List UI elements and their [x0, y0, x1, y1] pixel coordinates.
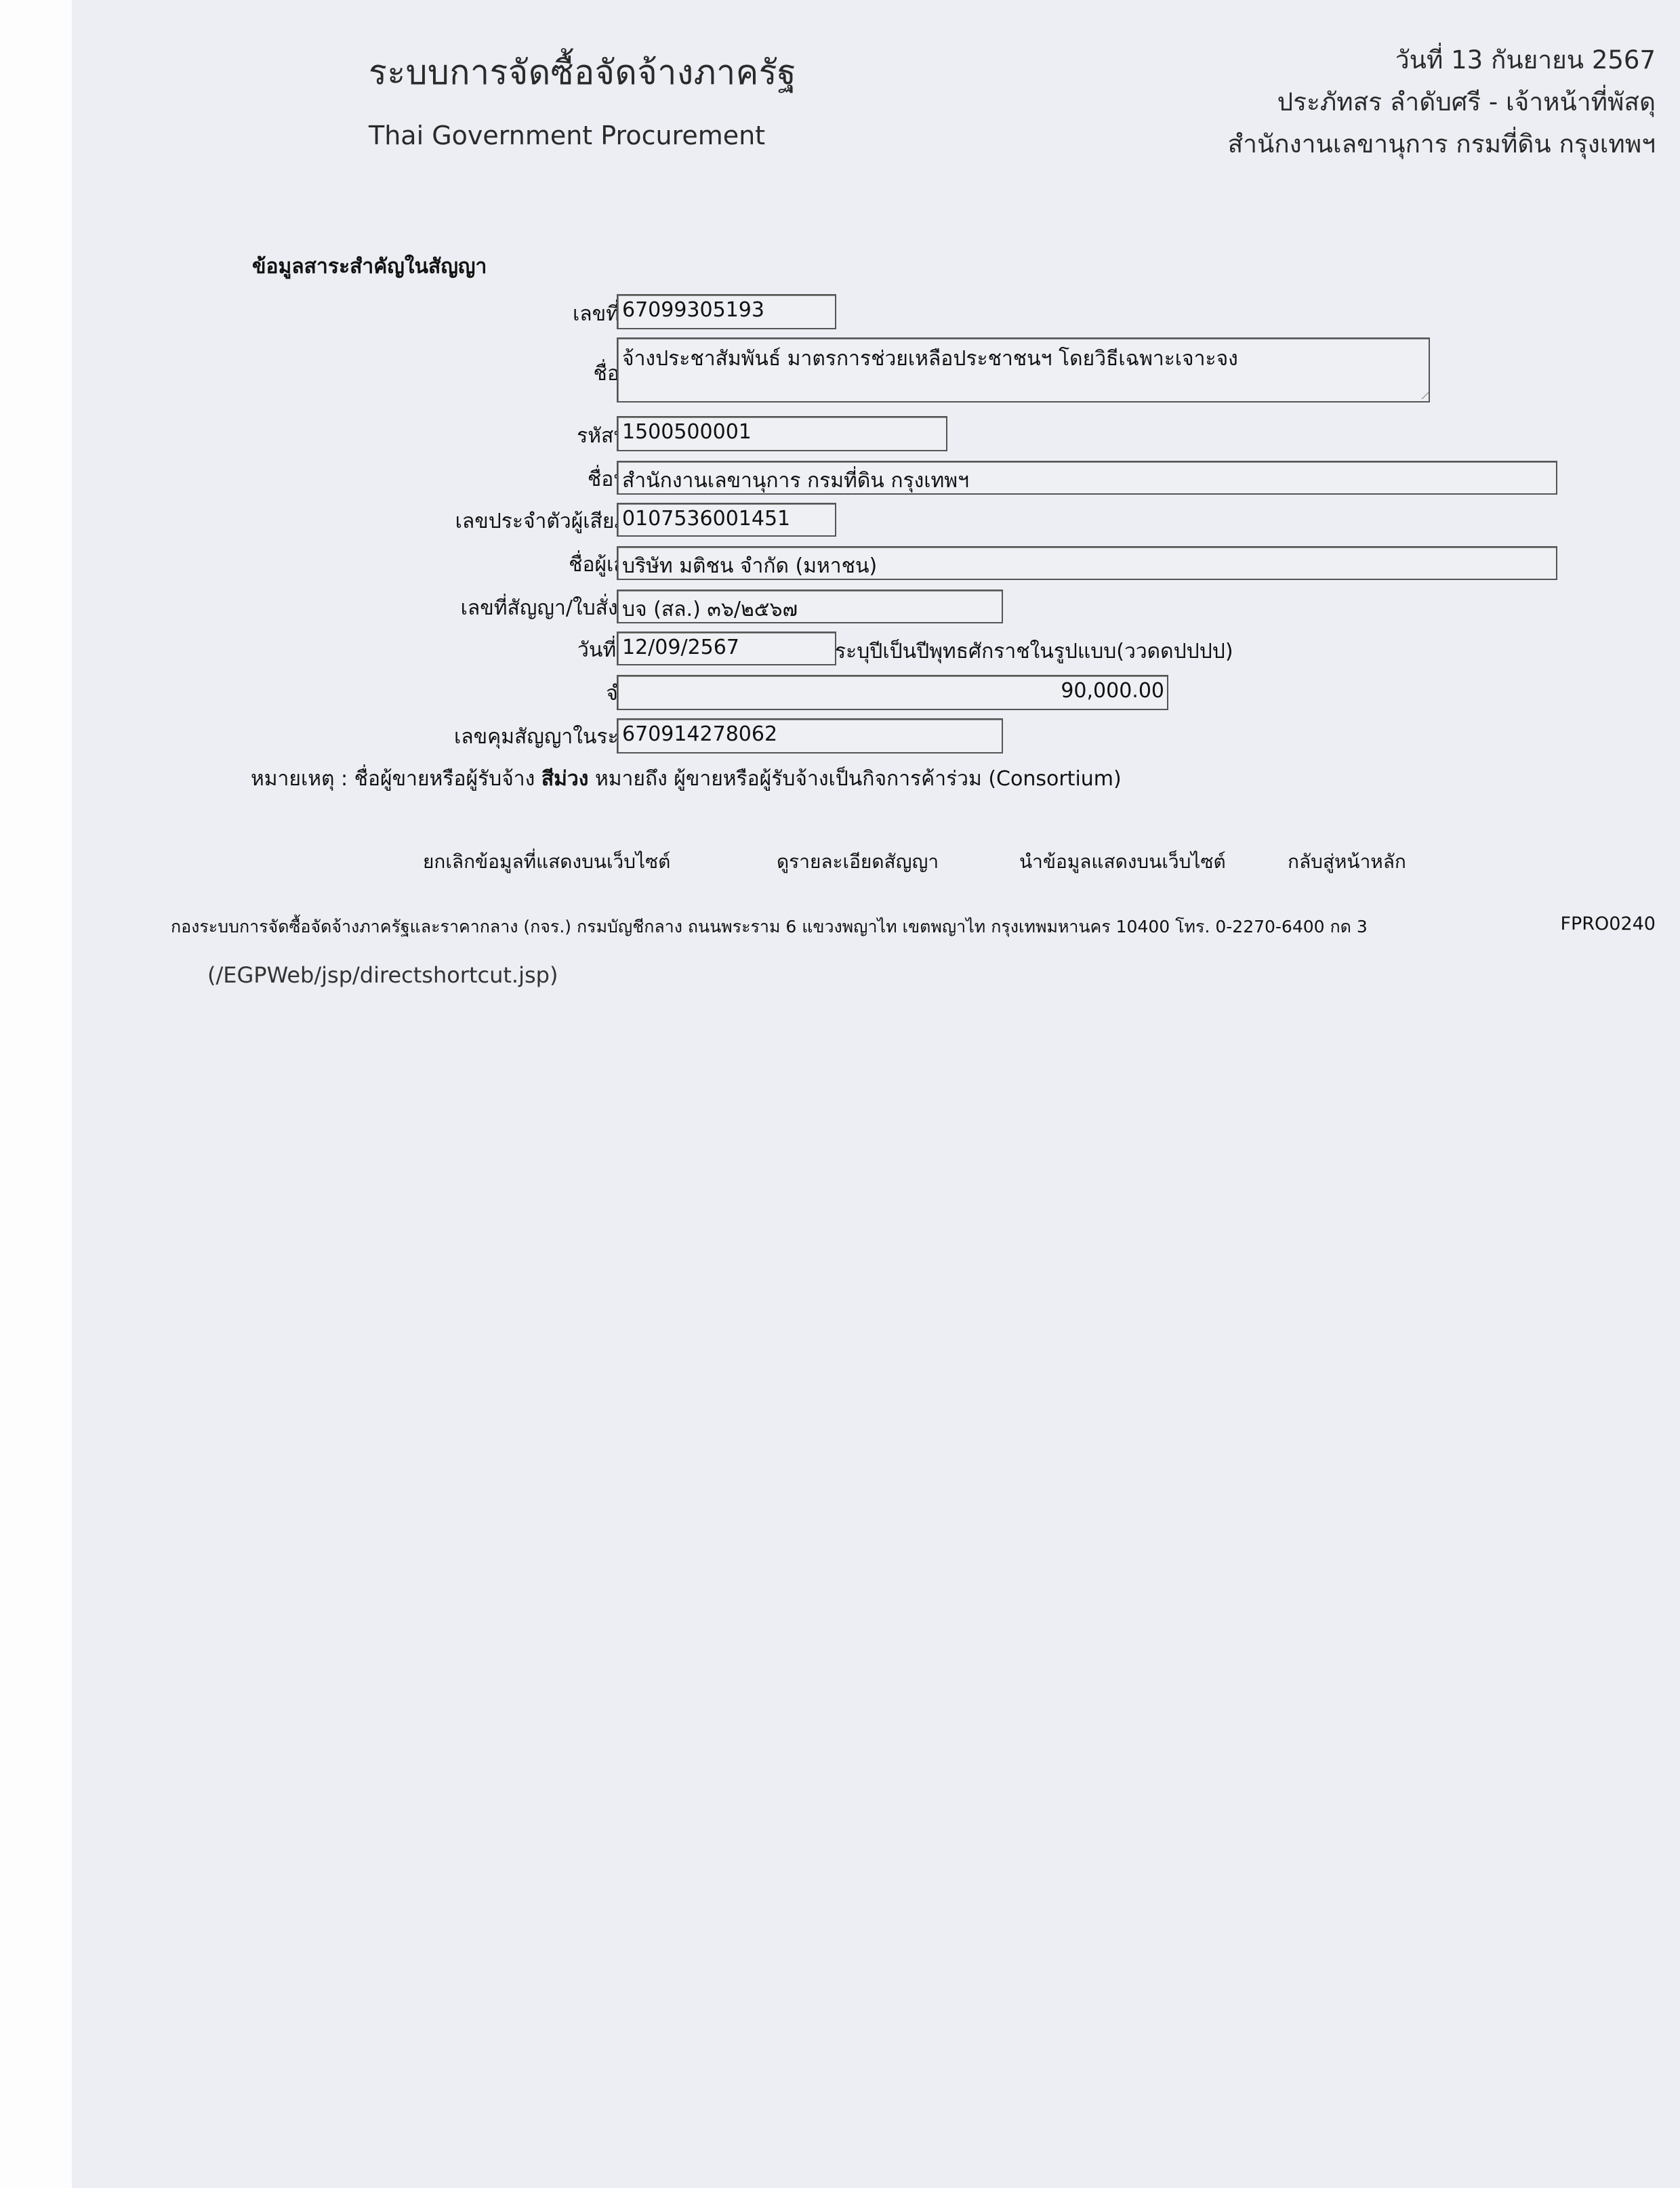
agency-name-field[interactable]: สำนักงานเลขานุการ กรมที่ดิน กรุงเทพฯ: [617, 461, 1557, 495]
note-suffix: หมายถึง ผู้ขายหรือผู้รับจ้างเป็นกิจการค้…: [588, 767, 1121, 791]
page: ระบบการจัดซื้อจัดจ้างภาครัฐ Thai Governm…: [72, 0, 1680, 2188]
view-contract-link[interactable]: ดูรายละเอียดสัญญา: [777, 847, 939, 877]
agency-code-field[interactable]: 1500500001: [617, 416, 947, 451]
user-info: วันที่ 13 กันยายน 2567 ประภัทสร ลำดับศรี…: [1228, 39, 1656, 165]
scan-margin: [0, 0, 72, 2188]
section-title: ข้อมูลสาระสำคัญในสัญญา: [252, 251, 487, 283]
page-code: FPRO0240: [1560, 913, 1656, 934]
amount-field[interactable]: 90,000.00: [617, 675, 1168, 710]
bidder-name-field[interactable]: บริษัท มติชน จำกัด (มหาชน): [617, 546, 1557, 580]
publish-link[interactable]: นำข้อมูลแสดงบนเว็บไซต์: [1019, 847, 1226, 877]
project-name-value: จ้างประชาสัมพันธ์ มาตรการช่วยเหลือประชาช…: [622, 347, 1238, 371]
current-date: วันที่ 13 กันยายน 2567: [1228, 39, 1656, 81]
cancel-display-link[interactable]: ยกเลิกข้อมูลที่แสดงบนเว็บไซต์: [423, 847, 670, 877]
system-title: ระบบการจัดซื้อจัดจ้างภาครัฐ: [369, 46, 796, 100]
note-prefix: หมายเหตุ : ชื่อผู้ขายหรือผู้รับจ้าง: [251, 767, 541, 791]
contract-date-field[interactable]: 12/09/2567: [617, 632, 836, 665]
page-url: (/EGPWeb/jsp/directshortcut.jsp): [207, 962, 558, 988]
user-name-role: ประภัทสร ลำดับศรี - เจ้าหน้าที่พัสดุ: [1228, 81, 1656, 123]
system-subtitle: Thai Government Procurement: [369, 121, 765, 150]
egp-control-no-field[interactable]: 670914278062: [617, 718, 1003, 754]
contract-no-field[interactable]: บจ (สล.) ๓๖/๒๕๖๗: [617, 590, 1003, 623]
note-highlight: สีม่วง: [541, 767, 589, 791]
consortium-note: หมายเหตุ : ชื่อผู้ขายหรือผู้รับจ้าง สีม่…: [251, 763, 1122, 795]
tax-id-field[interactable]: 0107536001451: [617, 503, 836, 537]
project-name-textarea[interactable]: จ้างประชาสัมพันธ์ มาตรการช่วยเหลือประชาช…: [617, 337, 1430, 402]
date-format-hint: ระบุปีเป็นปีพุทธศักราชในรูปแบบ(ววดดปปปป): [835, 636, 1233, 667]
user-agency: สำนักงานเลขานุการ กรมที่ดิน กรุงเทพฯ: [1228, 123, 1656, 165]
home-link[interactable]: กลับสู่หน้าหลัก: [1288, 847, 1406, 877]
project-no-field[interactable]: 67099305193: [617, 294, 836, 329]
footer-address: กองระบบการจัดซื้อจัดจ้างภาครัฐและราคากลา…: [171, 913, 1368, 941]
resize-handle-icon[interactable]: [1414, 391, 1430, 399]
